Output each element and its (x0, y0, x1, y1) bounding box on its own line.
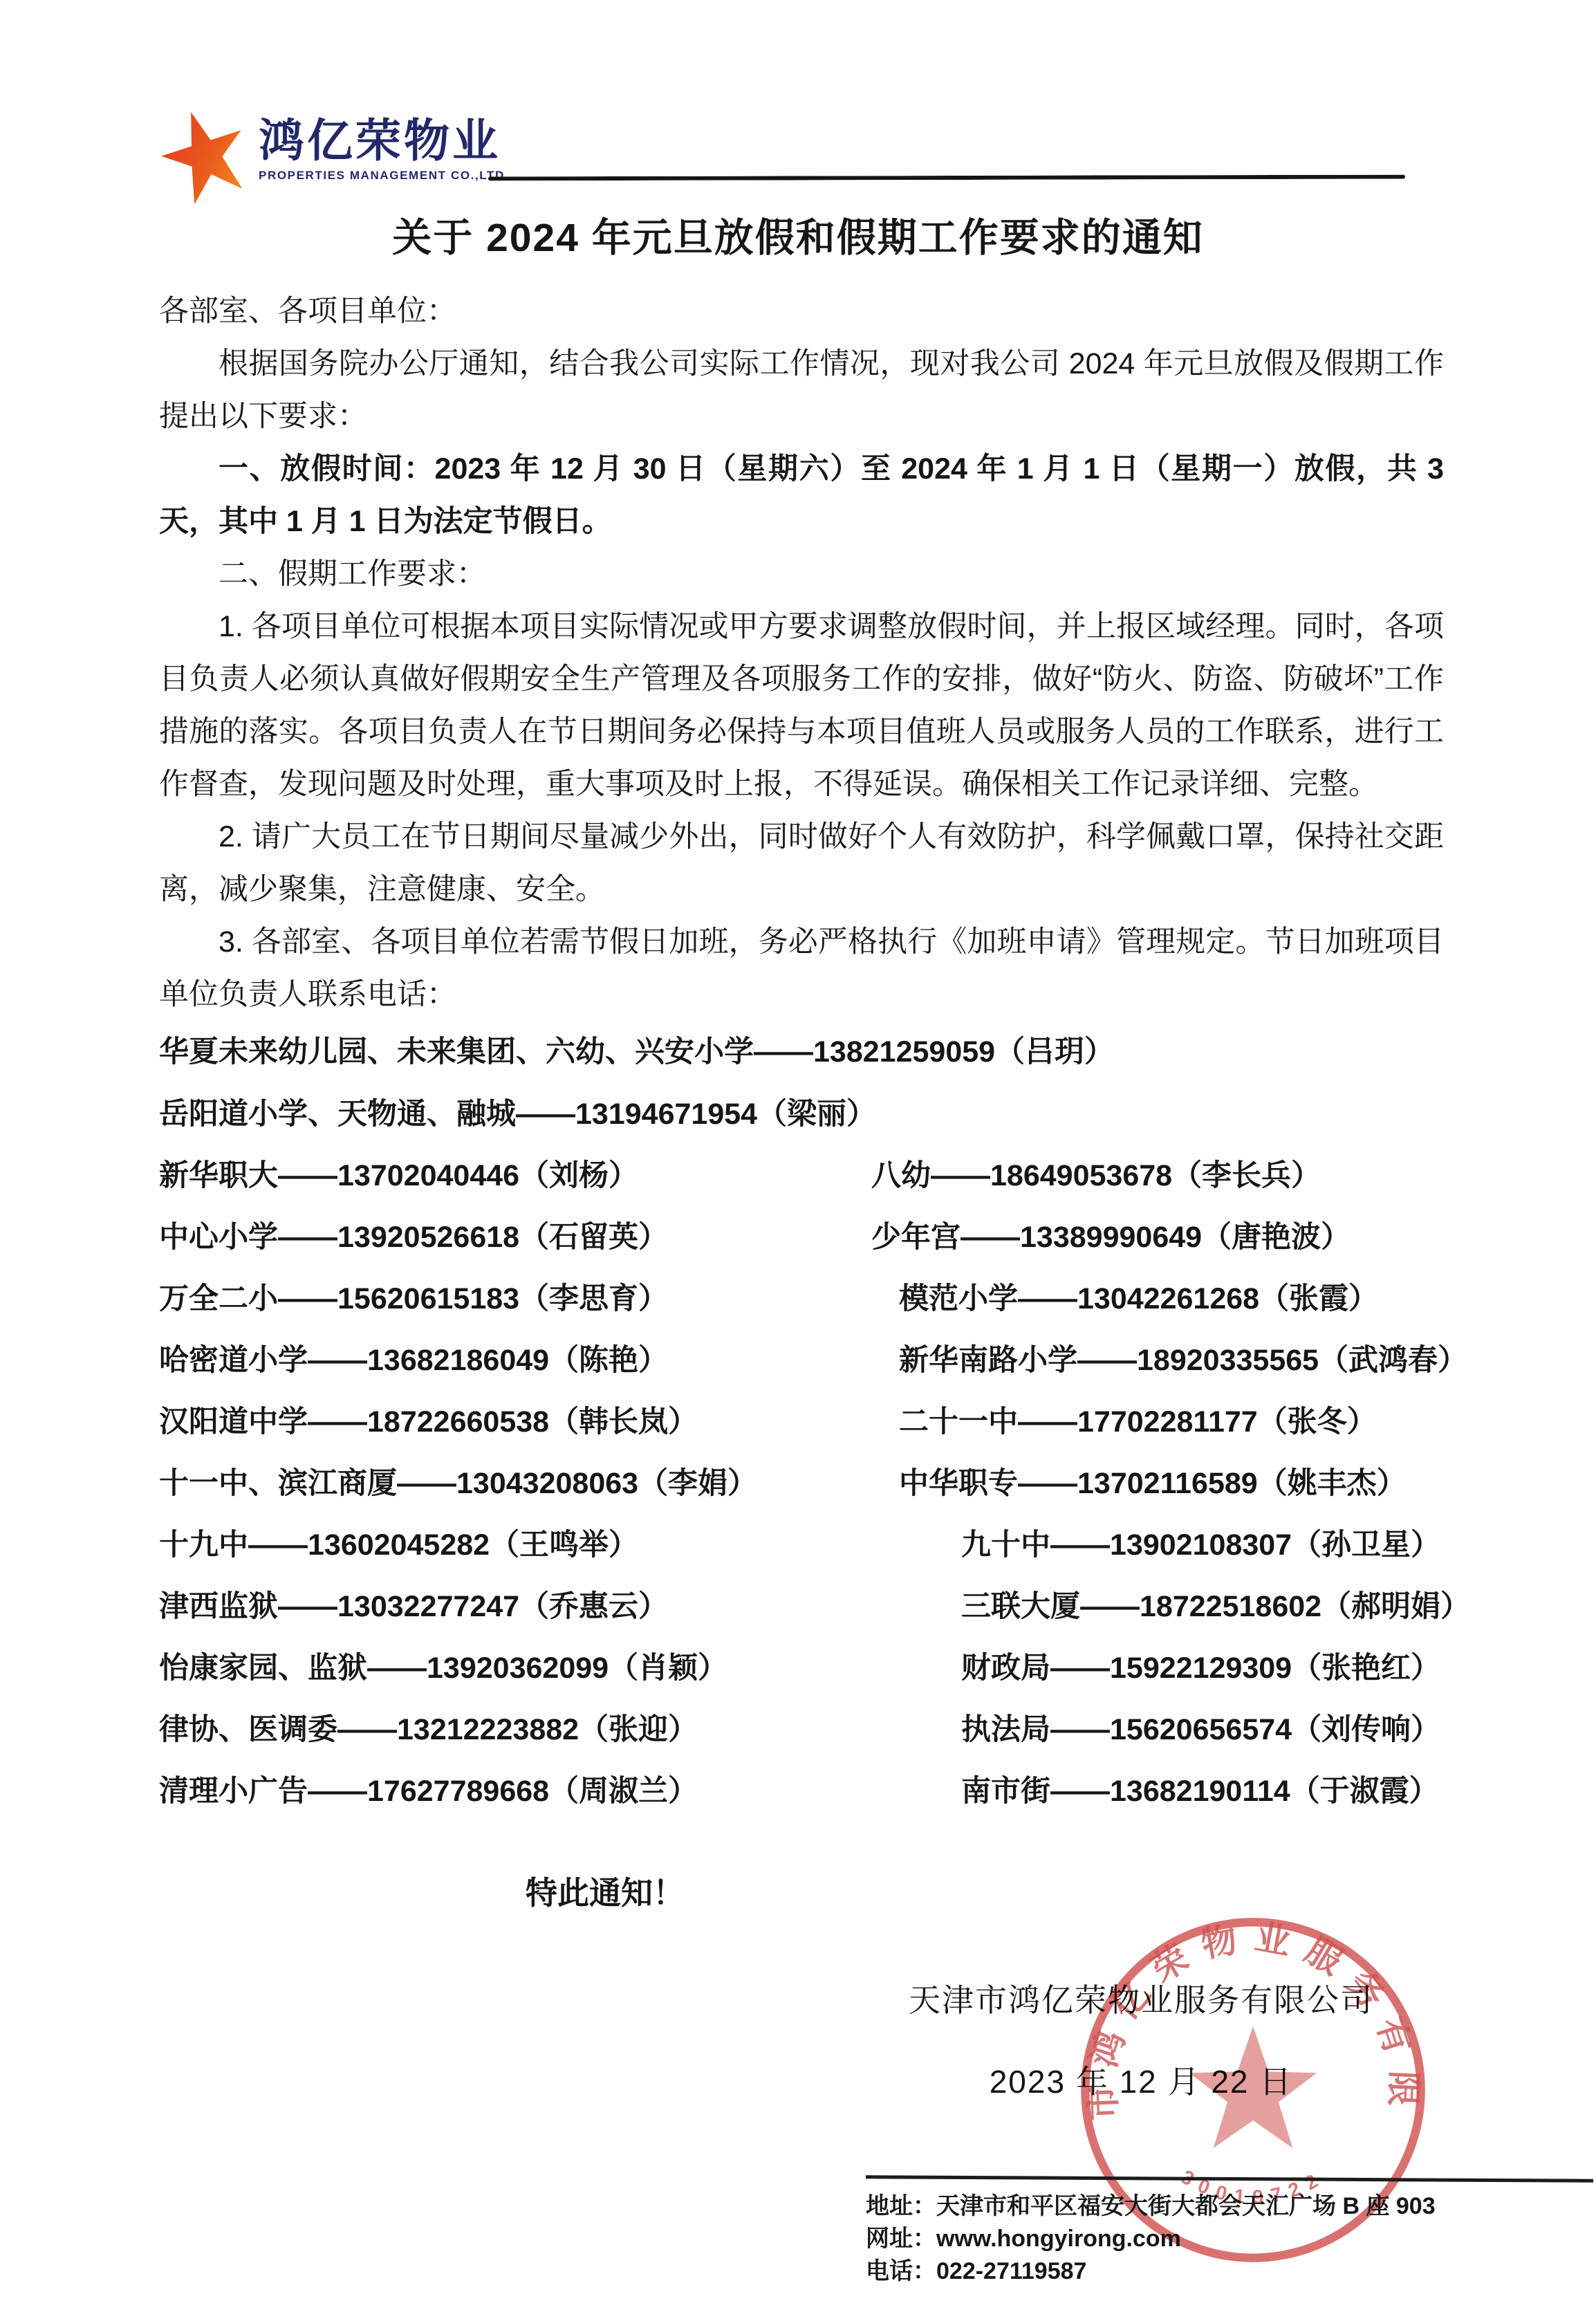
contact-right: 三联大厦——18722518602（郝明娟） (871, 1576, 1470, 1638)
contact-right: 执法局——15620656574（刘传响） (871, 1699, 1470, 1761)
signature-company: 天津市鸿亿荣物业服务有限公司 (823, 1975, 1459, 2021)
contact-right: 少年宫——13389990649（唐艳波） (871, 1207, 1470, 1268)
company-name-cn: 鸿亿荣物业 (259, 118, 505, 163)
notice-body: 各部室、各项目单位： 根据国务院办公厅通知，结合我公司实际工作情况，现对我公司 … (159, 285, 1444, 1919)
intro-paragraph: 根据国务院办公厅通知，结合我公司实际工作情况，现对我公司 2024 年元旦放假及… (159, 337, 1444, 443)
contact-left: 十一中、滨江商厦——13043208063（李娟） (159, 1453, 871, 1515)
contact-left: 万全二小——15620615183（李思育） (159, 1268, 871, 1330)
contact-right: 南市街——13682190114（于淑霞） (871, 1761, 1470, 1822)
requirement-item-1: 1. 各项目单位可根据本项目实际情况或甲方要求调整放假时间，并上报区域经理。同时… (159, 600, 1444, 811)
contact-left: 津西监狱——13032277247（乔惠云） (159, 1576, 871, 1638)
page-footer: 地址：天津市和平区福安大街大都会天汇广场 B 座 903 网址：www.hong… (866, 2177, 1593, 2288)
contact-right: 二十一中——17702281177（张冬） (871, 1391, 1470, 1453)
footer-website: 网址：www.hongyirong.com (866, 2223, 1593, 2255)
closing-notice: 特此通知！ (526, 1867, 1444, 1919)
contact-left: 清理小广告——17627789668（周淑兰） (159, 1761, 871, 1822)
contact-left: 哈密道小学——13682186049（陈艳） (159, 1330, 871, 1391)
contact-left: 怡康家园、监狱——13920362099（肖颖） (159, 1638, 871, 1699)
requirement-item-2: 2. 请广大员工在节日期间尽量减少外出，同时做好个人有效防护，科学佩戴口罩，保持… (159, 811, 1444, 916)
signature-date: 2023 年 12 月 22 日 (823, 2057, 1459, 2102)
contact-right: 模范小学——13042261268（张霞） (871, 1268, 1470, 1330)
footer-address: 地址：天津市和平区福安大街大都会天汇广场 B 座 903 (866, 2190, 1593, 2223)
contact-line: 华夏未来幼儿园、未来集团、六幼、兴安小学——13821259059（吕玥） (159, 1021, 1444, 1083)
contact-left: 中心小学——13920526618（石留英） (159, 1207, 871, 1268)
notice-document-page: 鸿亿荣物业 PROPERTIES MANAGEMENT CO.,LTD 关于 2… (0, 0, 1596, 2312)
contact-line: 岳阳道小学、天物通、融城——13194671954（梁丽） (159, 1083, 1444, 1145)
header-rule (488, 175, 1405, 181)
holiday-time-paragraph: 一、放假时间：2023 年 12 月 30 日（星期六）至 2024 年 1 月… (159, 443, 1444, 548)
footer-phone: 电话：022-27119587 (866, 2255, 1593, 2288)
contact-list: 新华职大——13702040446（刘杨） 八幼——18649053678（李长… (159, 1145, 1444, 1822)
contact-right: 新华南路小学——18920335565（武鸿春） (871, 1330, 1470, 1391)
contact-right: 九十中——13902108307（孙卫星） (871, 1515, 1470, 1576)
contact-left: 新华职大——13702040446（刘杨） (159, 1145, 871, 1207)
contact-right: 财政局——15922129309（张艳红） (871, 1638, 1470, 1699)
contact-left: 十九中——13602045282（王鸣举） (159, 1515, 871, 1576)
notice-title: 关于 2024 年元旦放假和假期工作要求的通知 (0, 206, 1596, 263)
company-name-en: PROPERTIES MANAGEMENT CO.,LTD (259, 169, 505, 183)
salutation: 各部室、各项目单位： (159, 285, 1444, 337)
contact-left: 律协、医调委——13212223882（张迎） (159, 1699, 871, 1761)
requirement-item-3: 3. 各部室、各项目单位若需节假日加班，务必严格执行《加班申请》管理规定。节日加… (159, 916, 1444, 1021)
company-logo: 鸿亿荣物业 PROPERTIES MANAGEMENT CO.,LTD (160, 102, 505, 206)
contact-left: 汉阳道中学——18722660538（韩长岚） (159, 1391, 871, 1453)
work-requirements-heading: 二、假期工作要求： (159, 548, 1444, 600)
signature-block: 天津市鸿亿荣物业服务有限公司 2023 年 12 月 22 日 (823, 1975, 1459, 2102)
contact-right: 八幼——18649053678（李长兵） (871, 1145, 1470, 1207)
company-logo-text: 鸿亿荣物业 PROPERTIES MANAGEMENT CO.,LTD (259, 102, 505, 183)
contact-right: 中华职专——13702116589（姚丰杰） (871, 1453, 1470, 1515)
logo-star-icon (160, 102, 249, 206)
